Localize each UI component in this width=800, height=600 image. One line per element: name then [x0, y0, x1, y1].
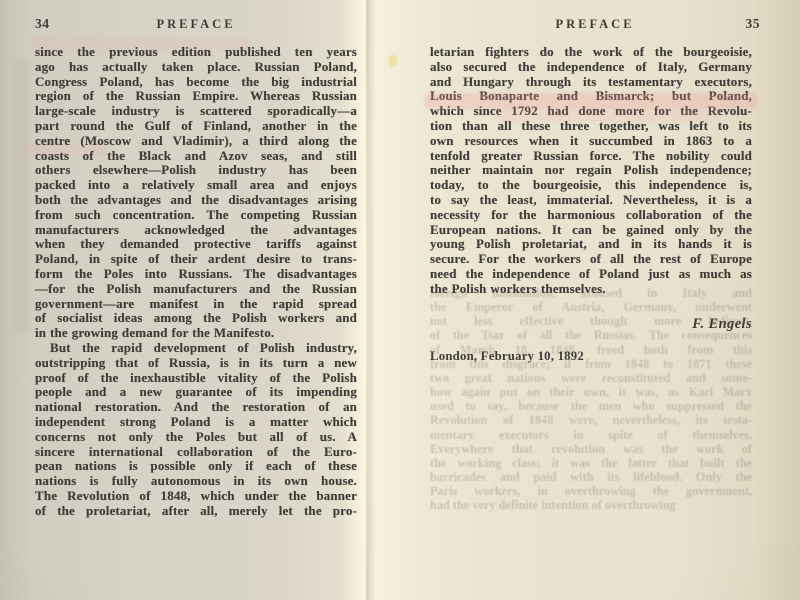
text-line: of socialist ideas among the Polish work…: [35, 311, 357, 326]
paragraph: letarian fighters do the work of the bou…: [430, 45, 752, 297]
text-line: in the growing demand for the Manifesto.: [35, 326, 357, 341]
text-line: since the previous edition published ten…: [35, 45, 357, 60]
text-line: own resources when it succumbed in 1863 …: [430, 134, 752, 149]
author-signature: F. Engels: [430, 316, 752, 333]
dateline: London, February 10, 1892: [430, 349, 584, 364]
page-header: PREFACE 35: [430, 16, 760, 32]
text-line: when they demanded protective tariffs ag…: [35, 237, 357, 252]
text-line: sincere international collaboration of t…: [35, 445, 357, 460]
text-line: both the advantages and the disadvantage…: [35, 193, 357, 208]
text-line: manufacturers acknowledged the advantage…: [35, 223, 357, 238]
text-line: tenfold greater Russian force. The nobil…: [430, 149, 752, 164]
page-body-text: since the previous edition published ten…: [35, 45, 357, 519]
text-line: government—are manifest in the rapid spr…: [35, 297, 357, 312]
text-line: concerns not only the Poles but all of u…: [35, 430, 357, 445]
text-line: Congress Poland, has become the big indu…: [35, 75, 357, 90]
text-line: packed into a relatively small area and …: [35, 178, 357, 193]
text-line: the Polish workers themselves.: [430, 282, 752, 297]
page-body-text: letarian fighters do the work of the bou…: [430, 45, 752, 297]
text-line: independent strong Poland is a matter wh…: [35, 415, 357, 430]
paragraph: But the rapid development of Polish indu…: [35, 341, 357, 519]
text-line: had the very definite intention of overt…: [430, 498, 752, 512]
page-header: 34 PREFACE: [35, 16, 357, 32]
text-line: which since 1792 had done more for the R…: [430, 104, 752, 119]
text-line: others elsewhere—Polish industry has bee…: [35, 163, 357, 178]
text-line: mentary executors in spite of themselves…: [430, 428, 752, 442]
text-line: young Polish proletariat, and in its han…: [430, 237, 752, 252]
text-line: The Revolution of 1848, which under the …: [35, 489, 357, 504]
text-line: nations is fully autonomous in its own h…: [35, 474, 357, 489]
text-line: secure. For the workers of all the rest …: [430, 252, 752, 267]
text-line: Louis Bonaparte and Bismarck; but Poland…: [430, 89, 752, 104]
text-line: region of the Russian Empire. Whereas Ru…: [35, 89, 357, 104]
text-line: how again put on their own, it was, as K…: [430, 385, 752, 399]
running-head: PREFACE: [79, 17, 313, 32]
text-line: proof of the inexhaustible vitality of t…: [35, 371, 357, 386]
text-line: people and a new guarantee of its impend…: [35, 385, 357, 400]
page-number: 35: [716, 16, 760, 32]
text-line: large-scale industry is scattered sporad…: [35, 104, 357, 119]
text-line: to say the least, immaterial. Neverthele…: [430, 193, 752, 208]
text-line: national restoration. And the restoratio…: [35, 400, 357, 415]
text-line: Poland, in spite of their ardent desire …: [35, 252, 357, 267]
text-line: tion than all these three together, was …: [430, 119, 752, 134]
text-line: form the Poles into Russians. The disadv…: [35, 267, 357, 282]
text-line: part round the Gulf of Finland, another …: [35, 119, 357, 134]
text-line: used to say, because the men who suppres…: [430, 399, 752, 413]
paragraph: since the previous edition published ten…: [35, 45, 357, 341]
book-spread-photo: 34 PREFACE since the previous edition pu…: [0, 0, 800, 600]
text-line: ago has actually taken place. Russian Po…: [35, 60, 357, 75]
text-line: centre (Moscow and Vladimir), a third al…: [35, 134, 357, 149]
text-line: and Hungary through its testamentary exe…: [430, 75, 752, 90]
text-line: coasts of the Black and Azov seas, and s…: [35, 149, 357, 164]
text-line: the working class; it was the latter tha…: [430, 456, 752, 470]
page-number: 34: [35, 16, 79, 32]
text-line: Revolution of 1848 were, nevertheless, i…: [430, 413, 752, 427]
text-line: outstripping that of Russia, is in its t…: [35, 356, 357, 371]
page-left: 34 PREFACE since the previous edition pu…: [0, 0, 368, 600]
text-line: —for the Polish manufacturers and the Ru…: [35, 282, 357, 297]
text-line: from such concentration. The competing R…: [35, 208, 357, 223]
text-line: need the independence of Poland just as …: [430, 267, 752, 282]
text-line: the Emperor of Austria, Germany, underwe…: [430, 300, 752, 314]
text-line: barricades and paid with its lifeblood. …: [430, 470, 752, 484]
text-line: of the proletariat, after all, merely le…: [35, 504, 357, 519]
text-line: But the rapid development of Polish indu…: [35, 341, 357, 356]
page-right: PREFACE 35 foreign domination, aroused i…: [372, 0, 800, 600]
text-line: letarian fighters do the work of the bou…: [430, 45, 752, 60]
text-line: also secured the independence of Italy, …: [430, 60, 752, 75]
text-line: necessity for the harmonious collaborati…: [430, 208, 752, 223]
text-line: two great nations were reconstituted and…: [430, 371, 752, 385]
text-line: European nations. It can be gained only …: [430, 223, 752, 238]
text-line: pean nations is possible only if each of…: [35, 459, 357, 474]
text-line: Paris workers, in overthrowing the gover…: [430, 484, 752, 498]
running-head: PREFACE: [474, 17, 716, 32]
book-gutter-crease: [366, 0, 369, 600]
text-line: today, to the bourgeoisie, this independ…: [430, 178, 752, 193]
text-line: neither maintain nor regain Polish indep…: [430, 163, 752, 178]
text-line: Everywhere that revolution was the work …: [430, 442, 752, 456]
